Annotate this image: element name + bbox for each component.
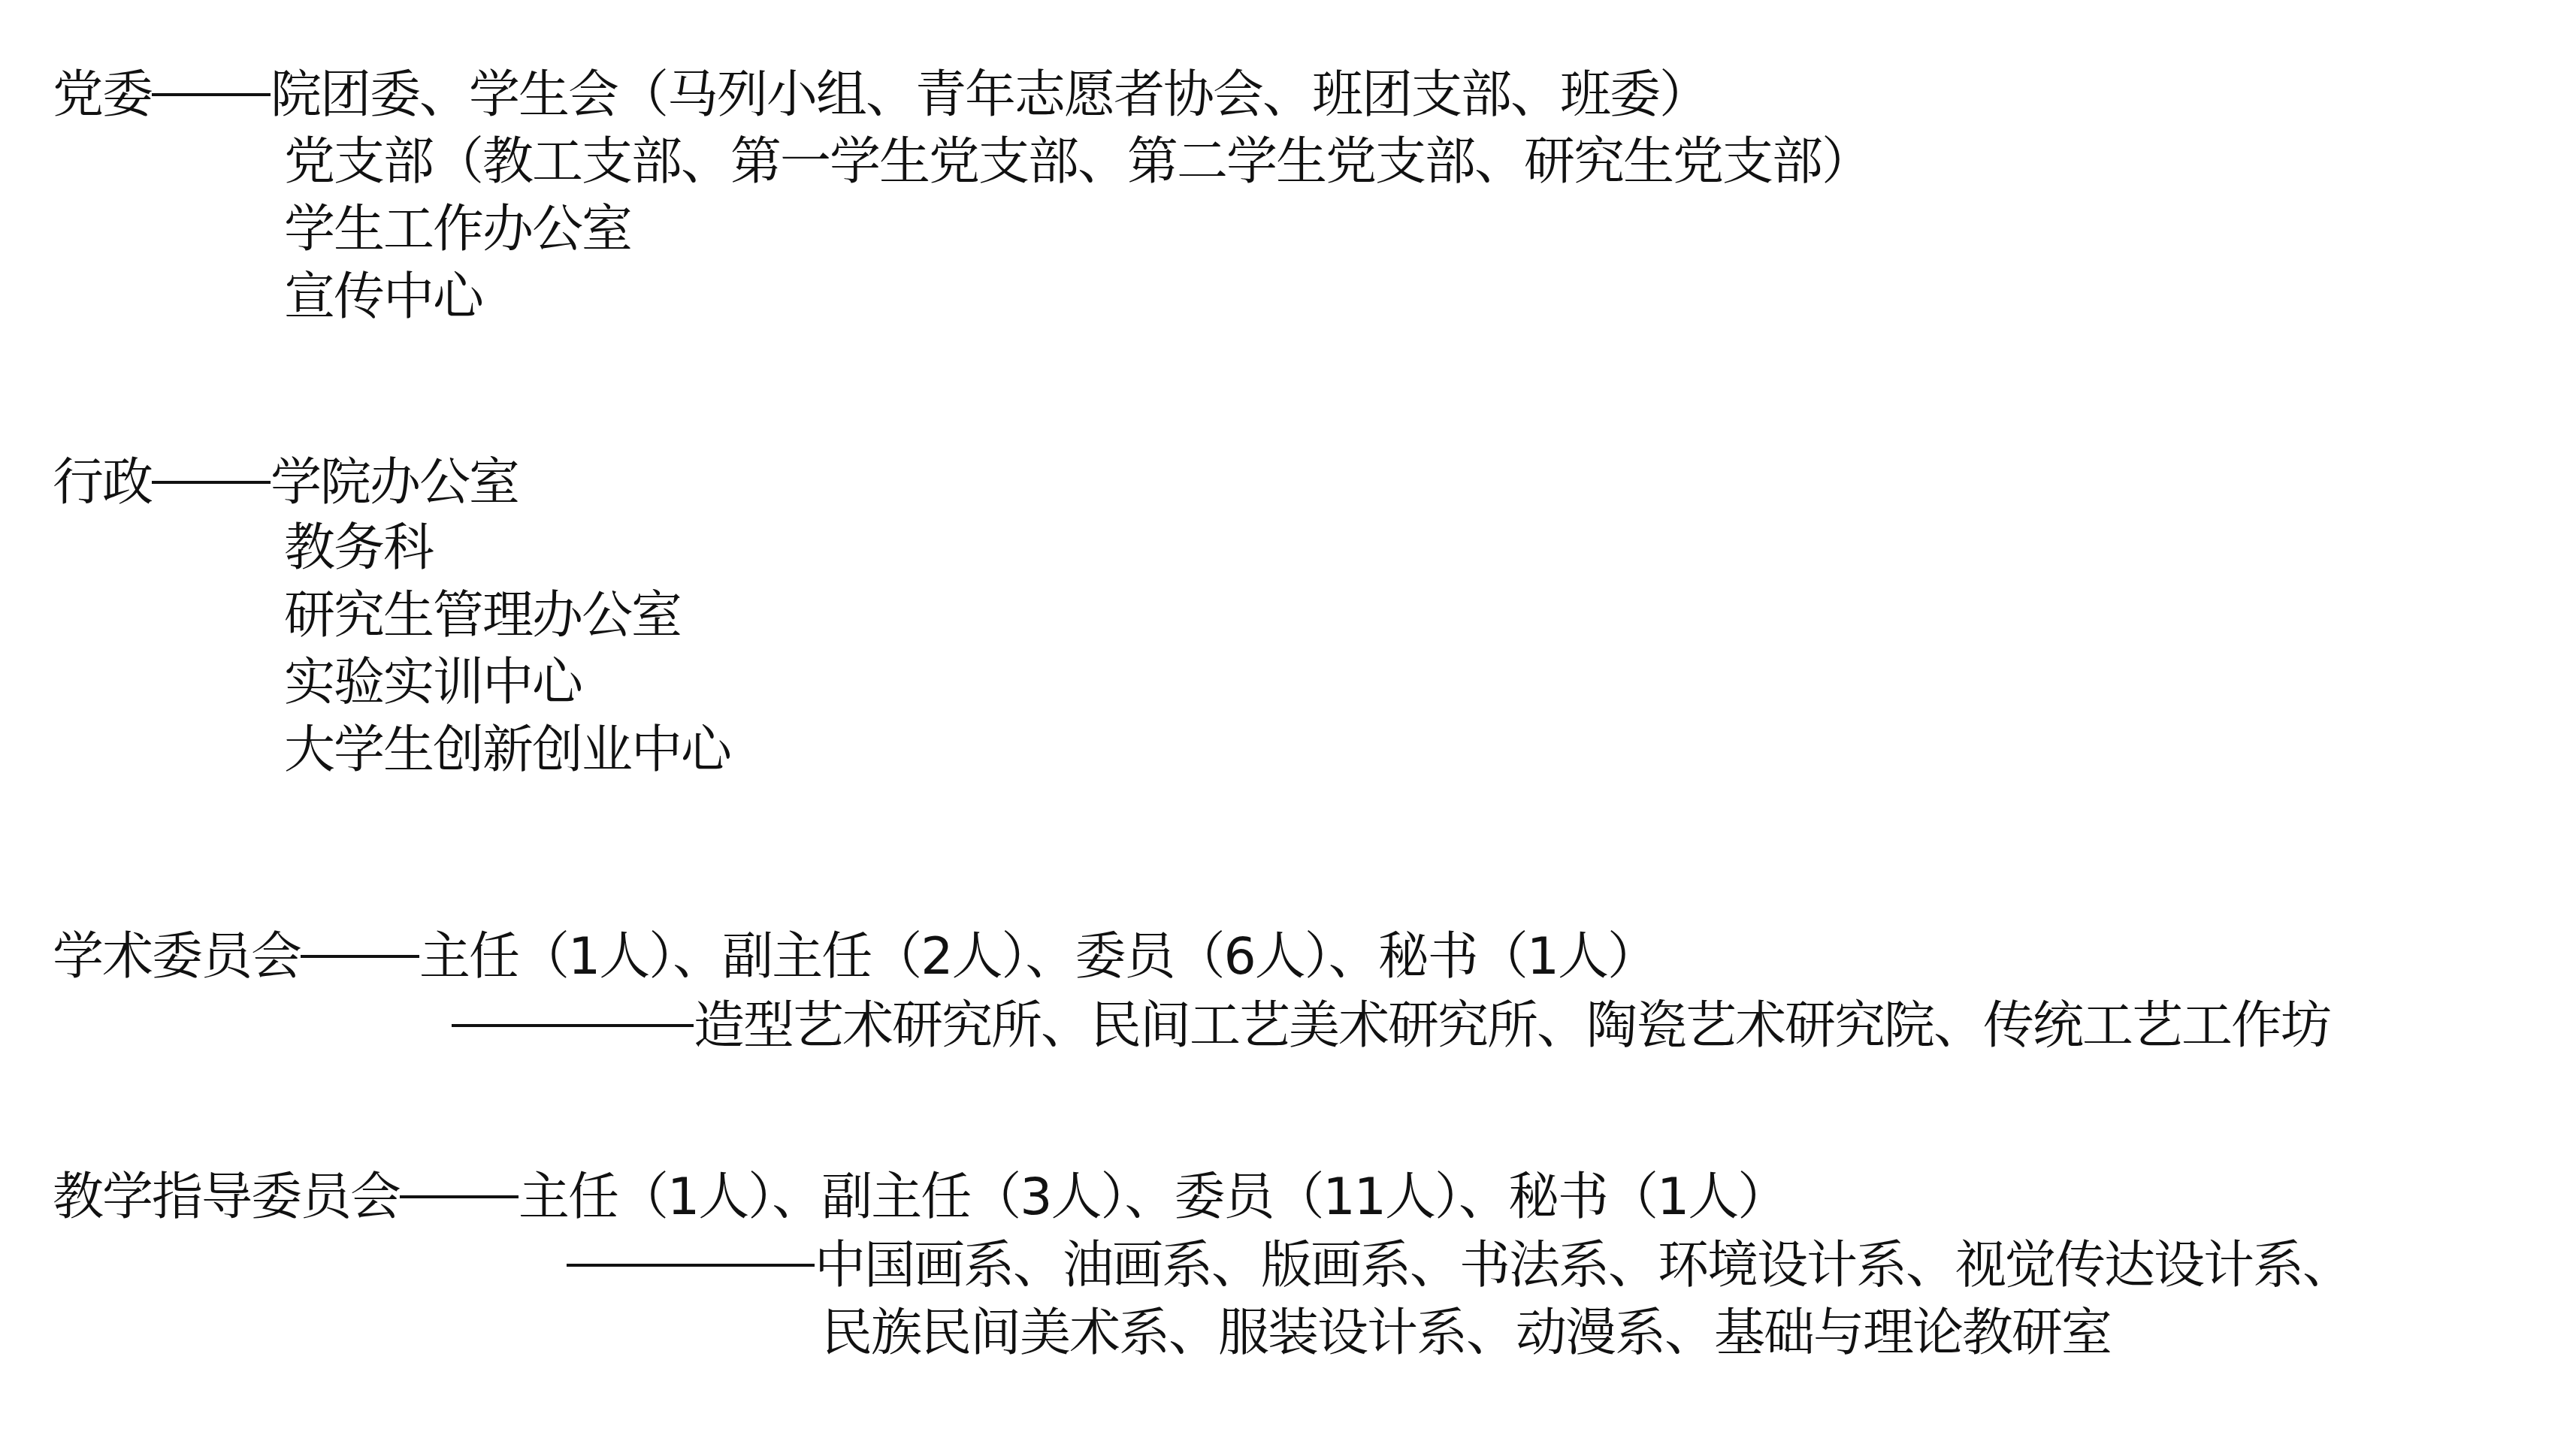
administration-item: 大学生创新创业中心 — [284, 721, 730, 780]
teaching-committee-heading: 教学指导委员会 — [53, 1168, 400, 1227]
party-committee-item: 院团委、学生会（马列小组、青年志愿者协会、班团支部、班委） — [271, 65, 1709, 125]
administration-row-1: 行政学院办公室 — [53, 453, 519, 513]
academic-committee-units: 造型艺术研究所、民间工艺美术研究所、陶瓷艺术研究院、传统工艺工作坊 — [694, 996, 2330, 1056]
academic-committee-row-2: 造型艺术研究所、民间工艺美术研究所、陶瓷艺术研究院、传统工艺工作坊 — [452, 996, 2330, 1056]
party-committee-item: 学生工作办公室 — [284, 200, 631, 259]
party-committee-item: 宣传中心 — [284, 267, 482, 327]
teaching-committee-composition: 主任（1人）、副主任（3人）、委员（11人）、秘书（1人） — [519, 1168, 1787, 1227]
connector-dash — [452, 1024, 694, 1027]
connector-dash — [152, 481, 271, 484]
party-committee-row-4: 宣传中心 — [284, 267, 482, 328]
administration-row-3: 研究生管理办公室 — [284, 586, 681, 646]
administration-item: 实验实训中心 — [284, 653, 582, 712]
teaching-committee-row-3: 民族民间美术系、服装设计系、动漫系、基础与理论教研室 — [821, 1304, 2111, 1364]
administration-row-5: 大学生创新创业中心 — [284, 721, 730, 781]
connector-dash — [301, 955, 419, 958]
party-committee-row-1: 党委院团委、学生会（马列小组、青年志愿者协会、班团支部、班委） — [53, 65, 1709, 125]
party-committee-heading: 党委 — [53, 65, 152, 125]
connector-dash — [400, 1195, 519, 1198]
teaching-committee-units: 民族民间美术系、服装设计系、动漫系、基础与理论教研室 — [821, 1304, 2111, 1363]
teaching-committee-row-2: 中国画系、油画系、版画系、书法系、环境设计系、视觉传达设计系、 — [567, 1236, 2352, 1296]
party-committee-row-2: 党支部（教工支部、第一学生党支部、第二学生党支部、研究生党支部） — [284, 132, 1871, 192]
connector-dash — [152, 93, 271, 96]
administration-item: 研究生管理办公室 — [284, 586, 681, 645]
teaching-committee-row-1: 教学指导委员会主任（1人）、副主任（3人）、委员（11人）、秘书（1人） — [53, 1168, 1787, 1228]
administration-row-4: 实验实训中心 — [284, 653, 582, 713]
teaching-committee-units: 中国画系、油画系、版画系、书法系、环境设计系、视觉传达设计系、 — [815, 1236, 2352, 1295]
academic-committee-heading: 学术委员会 — [53, 927, 301, 986]
connector-dash — [567, 1264, 815, 1267]
administration-row-2: 教务科 — [284, 518, 433, 579]
administration-heading: 行政 — [53, 453, 152, 512]
academic-committee-composition: 主任（1人）、副主任（2人）、委员（6人）、秘书（1人） — [419, 927, 1657, 986]
administration-item: 学院办公室 — [271, 453, 519, 512]
administration-item: 教务科 — [284, 518, 433, 578]
academic-committee-row-1: 学术委员会主任（1人）、副主任（2人）、委员（6人）、秘书（1人） — [53, 927, 1657, 987]
party-committee-row-3: 学生工作办公室 — [284, 200, 631, 260]
party-committee-item: 党支部（教工支部、第一学生党支部、第二学生党支部、研究生党支部） — [284, 132, 1871, 192]
